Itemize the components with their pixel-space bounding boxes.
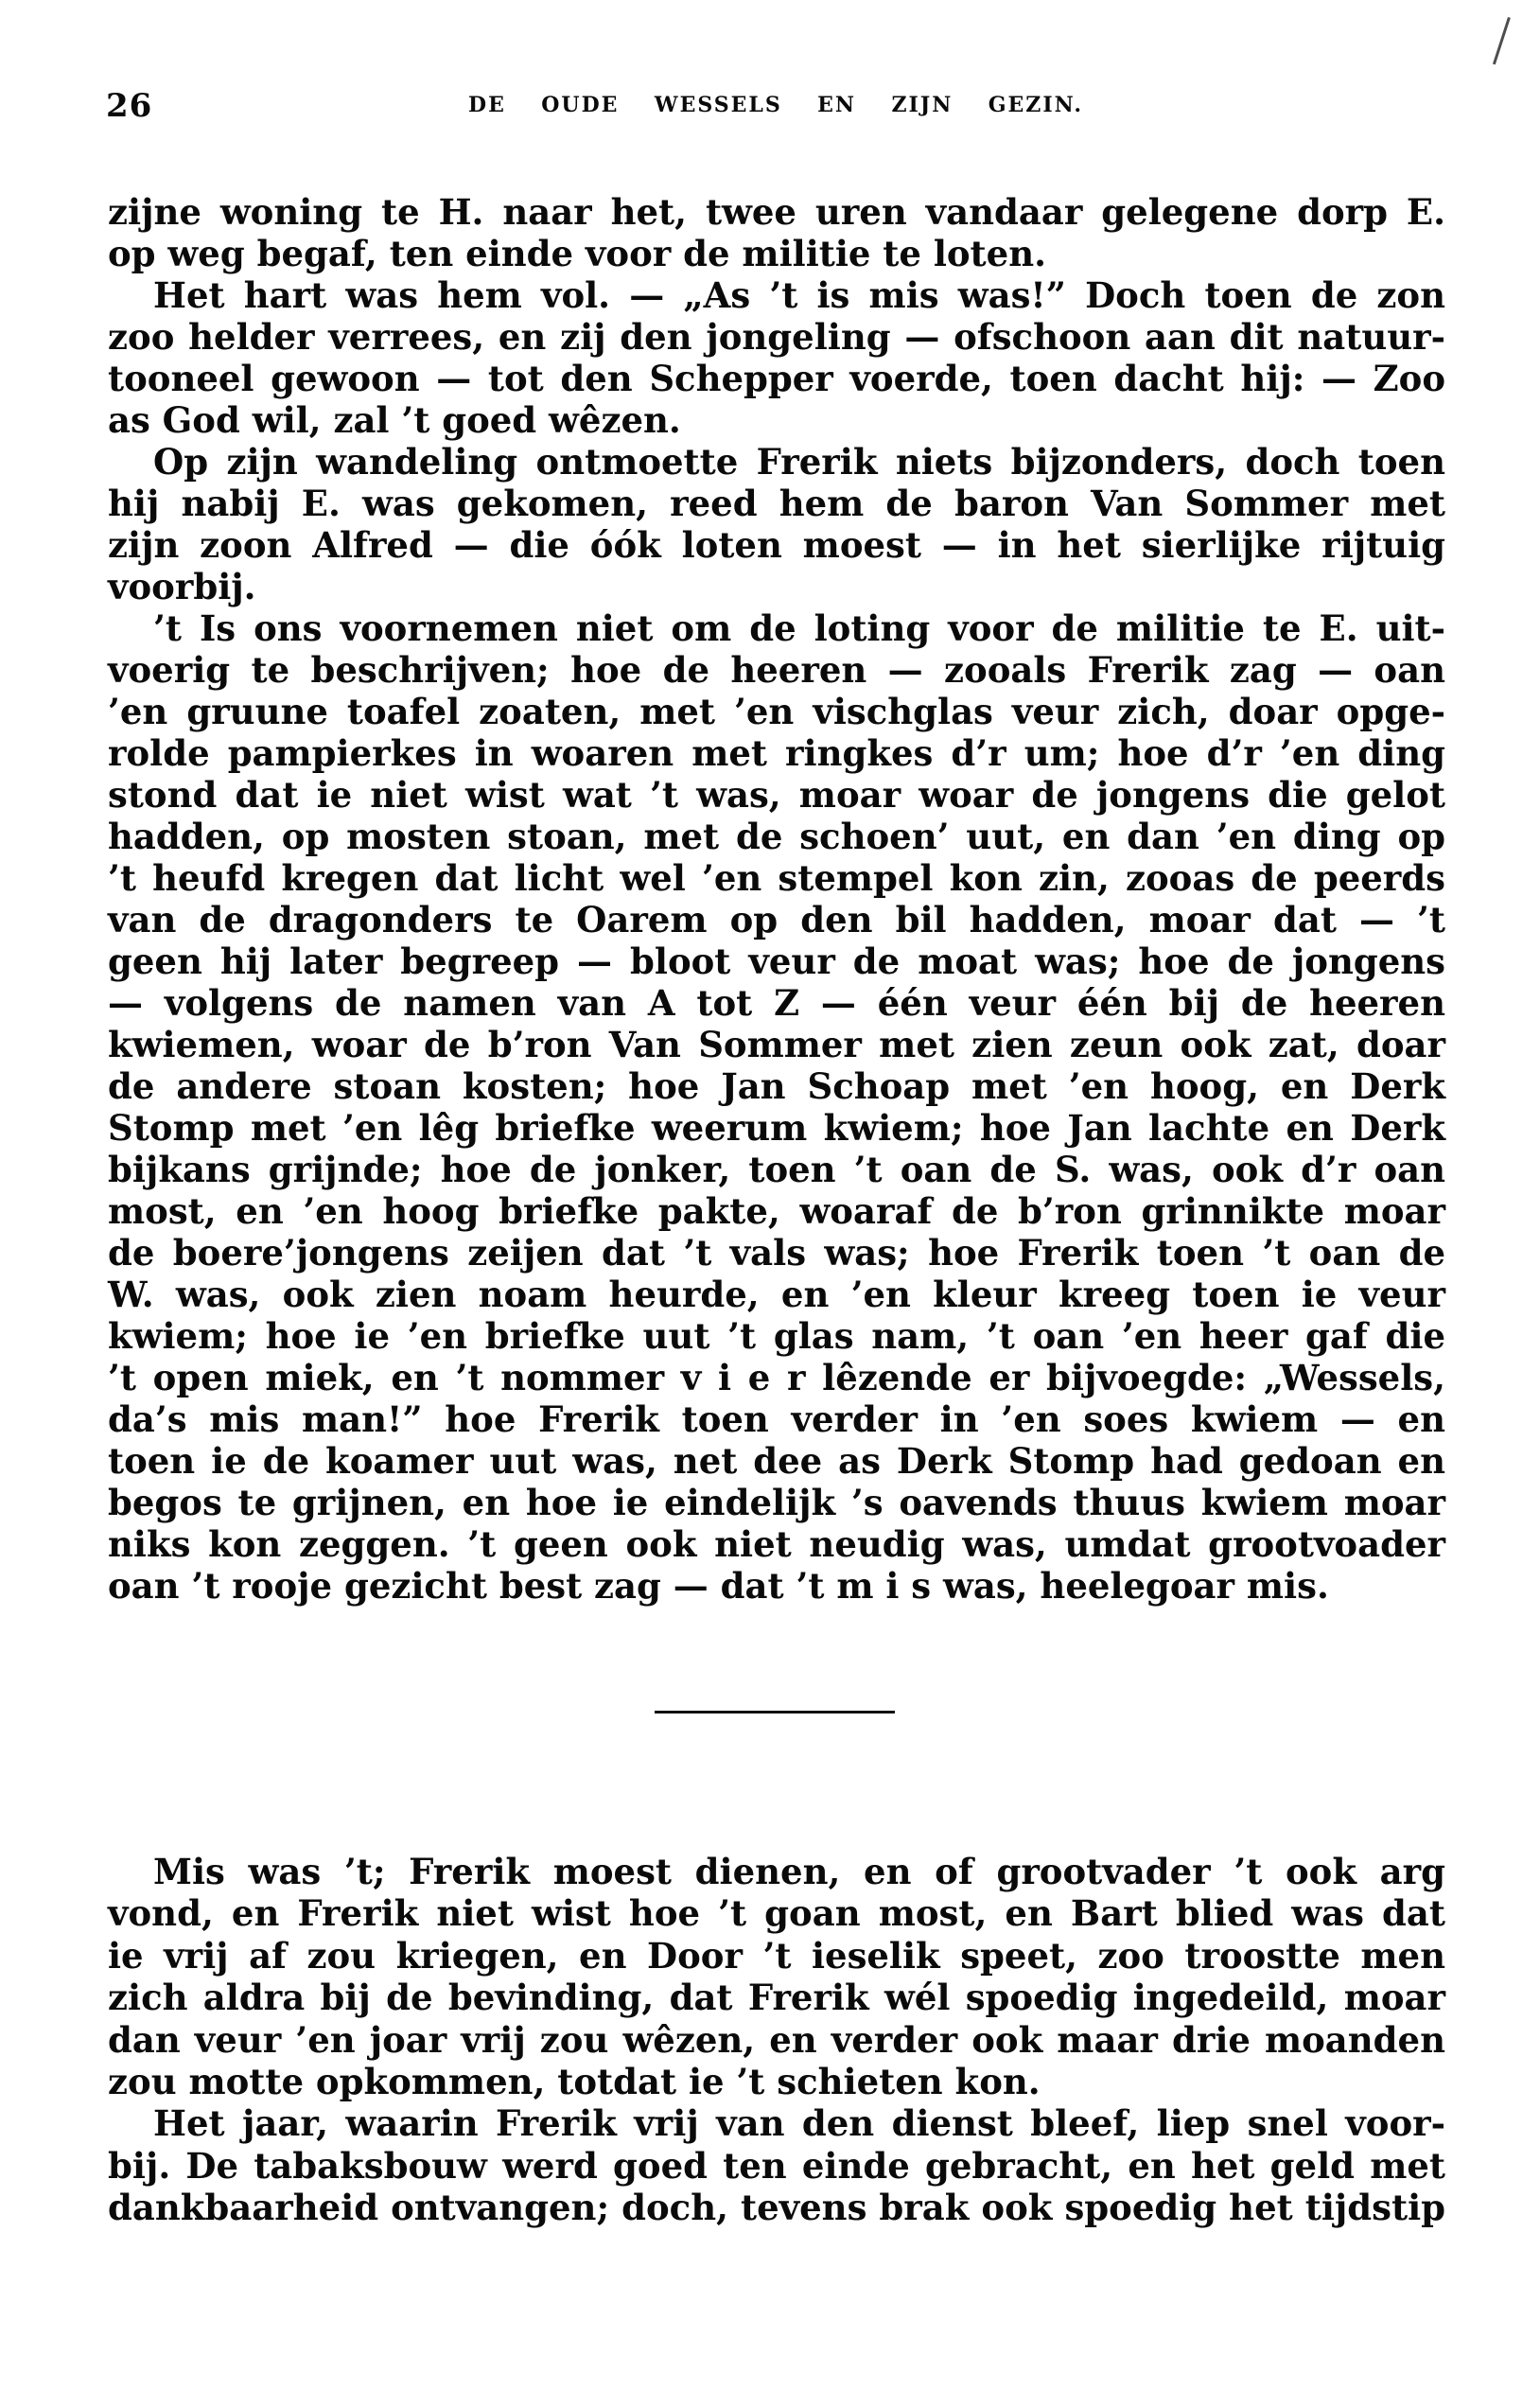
text-line: W. was, ook zien noam heurde, en ’en kle… [108,1274,1445,1315]
text-line: zich aldra bij de bevinding, dat Frerik … [108,1977,1445,2018]
text-line: Op zijn wandeling ontmoette Frerik niets… [108,441,1445,483]
text-line: da’s mis man!” hoe Frerik toen verder in… [108,1398,1445,1440]
text-line: rolde pampierkes in woaren met ringkes d… [108,732,1445,774]
page-number: 26 [106,87,152,125]
text-line: zoo helder verrees, en zij den jongeling… [108,316,1445,358]
text-line: zou motte opkommen, totdat ie ’t schiete… [108,2061,1445,2102]
text-line: most, en ’en hoog briefke pakte, woaraf … [108,1190,1445,1232]
text-line: kwiemen, woar de b’ron Van Sommer met zi… [108,1024,1445,1065]
text-line: op weg begaf, ten einde voor de militie … [108,233,1445,274]
text-line: tooneel gewoon — tot den Schepper voerde… [108,358,1445,399]
text-line: vond, en Frerik niet wist hoe ’t goan mo… [108,1892,1445,1934]
scan-artifact-mark [1493,17,1511,64]
text-line: zijn zoon Alfred — die óók loten moest —… [108,524,1445,566]
text-line: ie vrij af zou kriegen, en Door ’t iesel… [108,1935,1445,1977]
text-line: Mis was ’t; Frerik moest dienen, en of g… [108,1851,1445,1892]
section-separator-rule [655,1711,895,1714]
text-line: bij. De tabaksbouw werd goed ten einde g… [108,2145,1445,2187]
text-line: stond dat ie niet wist wat ’t was, moar … [108,774,1445,816]
text-line: voerig te beschrijven; hoe de heeren — z… [108,649,1445,691]
text-line: — volgens de namen van A tot Z — één veu… [108,982,1445,1024]
text-line: toen ie de koamer uut was, net dee as De… [108,1440,1445,1482]
text-line: dan veur ’en joar vrij zou wêzen, en ver… [108,2019,1445,2061]
text-line: ’t Is ons voornemen niet om de loting vo… [108,607,1445,649]
text-line: hadden, op mosten stoan, met de schoen’ … [108,816,1445,857]
book-page: 26 DE OUDE WESSELS EN ZIJN GEZIN. zijne … [0,0,1540,2408]
text-line: geen hij later begreep — bloot veur de m… [108,940,1445,982]
text-line: zijne woning te H. naar het, twee uren v… [108,191,1445,233]
text-line: oan ’t rooje gezicht best zag — dat ’t m… [108,1565,1445,1607]
text-line: bijkans grijnde; hoe de jonker, toen ’t … [108,1149,1445,1190]
text-line: voorbij. [108,566,1445,607]
text-line: begos te grijnen, en hoe ie eindelijk ’s… [108,1482,1445,1523]
text-line: de andere stoan kosten; hoe Jan Schoap m… [108,1065,1445,1107]
text-line: dankbaarheid ontvangen; doch, tevens bra… [108,2187,1445,2228]
text-line: ’t heufd kregen dat licht wel ’en stempe… [108,857,1445,899]
text-line: de boere’jongens zeijen dat ’t vals was;… [108,1232,1445,1274]
text-line: kwiem; hoe ie ’en briefke uut ’t glas na… [108,1315,1445,1357]
running-title: DE OUDE WESSELS EN ZIJN GEZIN. [468,91,1083,119]
text-line: as God wil, zal ’t goed wêzen. [108,399,1445,441]
text-line: Het hart was hem vol. — „As ’t is mis wa… [108,274,1445,316]
text-line: ’en gruune toafel zoaten, met ’en vischg… [108,691,1445,732]
text-line: hij nabij E. was gekomen, reed hem de ba… [108,483,1445,524]
text-line: niks kon zeggen. ’t geen ook niet neudig… [108,1523,1445,1565]
text-line: ’t open miek, en ’t nommer v i e r lêzen… [108,1357,1445,1398]
text-line: van de dragonders te Oarem op den bil ha… [108,899,1445,940]
text-line: Het jaar, waarin Frerik vrij van den die… [108,2102,1445,2144]
text-line: Stomp met ’en lêg briefke weerum kwiem; … [108,1107,1445,1149]
